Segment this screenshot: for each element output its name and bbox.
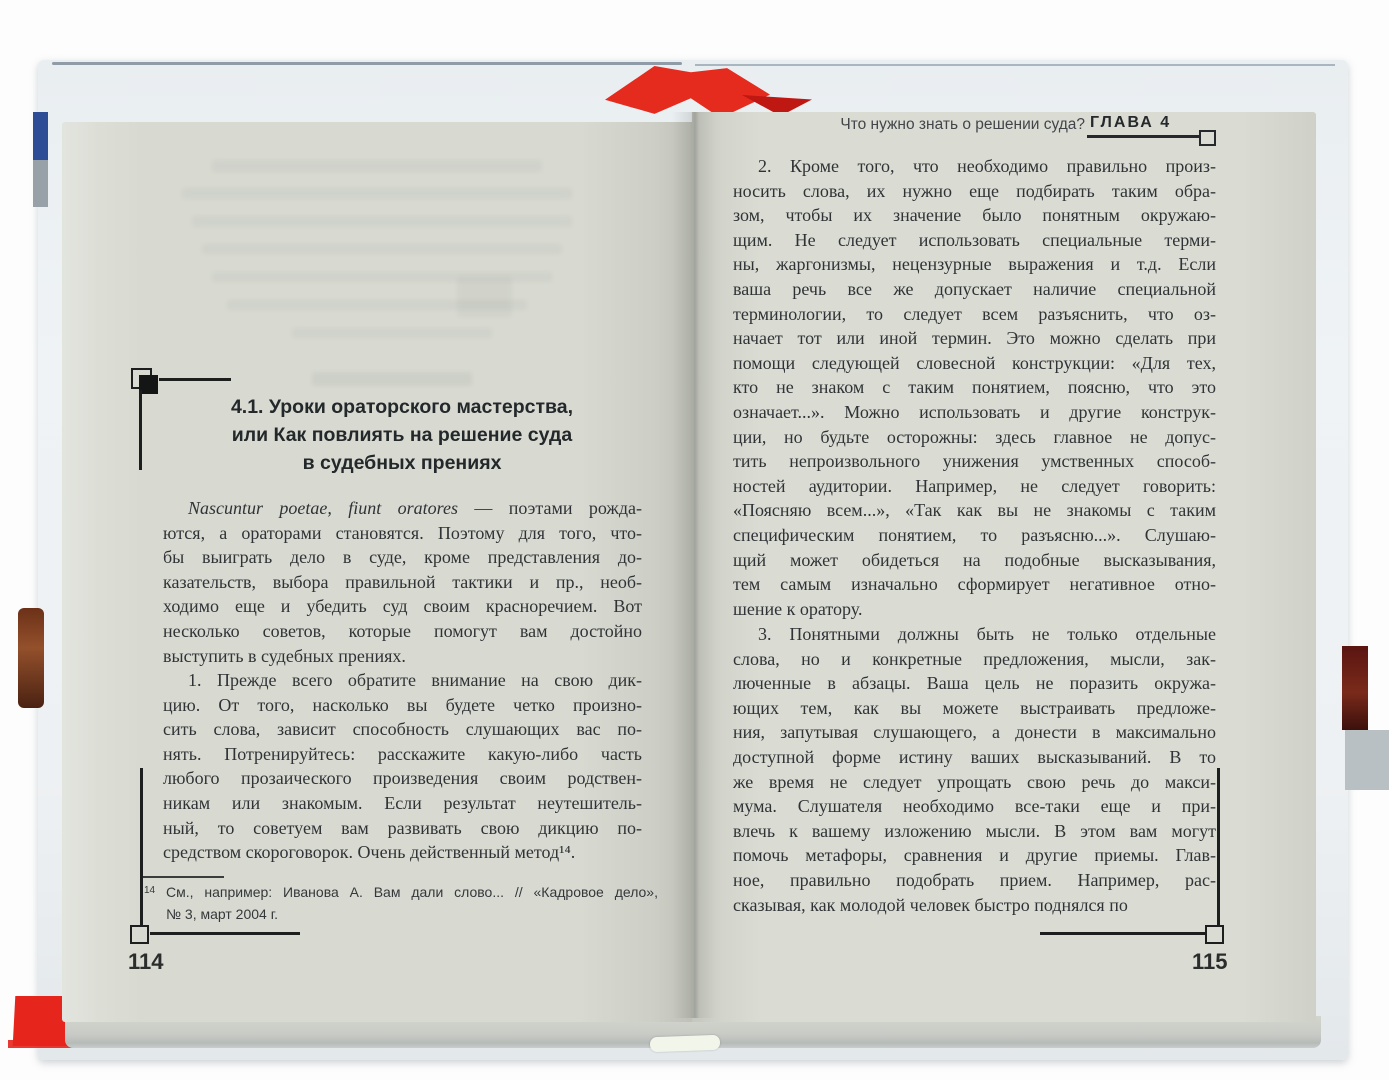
text-line: мума. Слушателя необходимо все-таки еще … [733, 794, 1216, 819]
section-heading: 4.1. Уроки ораторского мастерства,или Ка… [157, 393, 647, 477]
corner-ornament-open-square [1205, 925, 1224, 944]
text-line: люченные в абзацы. Ваша цель не поразить… [733, 671, 1216, 696]
text-line: средством скороговорок. Очень действенны… [163, 840, 642, 865]
text-line: ное, правильно подобрать прием. Например… [733, 868, 1216, 893]
text-line: тить непроизвольного унижения умственных… [733, 449, 1216, 474]
corner-ornament-hline [159, 378, 231, 381]
text-line: цию. От того, насколько вы будете четко … [163, 693, 642, 718]
cover-top-rim-left [52, 62, 682, 65]
text-line: См., например: Иванова А. Вам дали слово… [166, 882, 658, 904]
text-line: кто не знаком с таким понятием, поясню, … [733, 375, 1216, 400]
text-line: ции, но будьте осторожны: здесь главное … [733, 425, 1216, 450]
corner-ornament-hline [1040, 932, 1205, 935]
show-through-smudge [457, 277, 512, 317]
background-object-right-gray [1345, 730, 1389, 790]
chapter-corner-square [1199, 130, 1216, 146]
running-header-title: Что нужно знать о решении суда? [840, 116, 1085, 134]
text-line: никам или знакомым. Если результат неуте… [163, 791, 642, 816]
paragraph: 2. Кроме того, что необходимо правильно … [733, 154, 1216, 621]
text-line: Nascuntur poetae, fiunt oratores — поэта… [163, 496, 642, 521]
text-line: щим. Не следует использовать специальные… [733, 228, 1216, 253]
text-line: сить слова, зависит способность слушающи… [163, 717, 642, 742]
book-photo: 4.1. Уроки ораторского мастерства,или Ка… [0, 0, 1389, 1080]
corner-ornament-open-square [130, 925, 149, 944]
chapter-label: ГЛАВА 4 [1090, 114, 1171, 132]
text-line: слова, но и конкретные предложения, мысл… [733, 647, 1216, 672]
page-number-right: 115 [1192, 949, 1228, 975]
text-line: доступной форме истину ваших высказывани… [733, 745, 1216, 770]
text-line: ются, а ораторами становятся. Поэтому дл… [163, 521, 642, 546]
text-line: помощи следующей словесной конструкции: … [733, 351, 1216, 376]
text-line: выступить в судебных прениях. [163, 644, 642, 669]
text-line: тем самым изначально сформирует негативн… [733, 572, 1216, 597]
text-line: специфическим понятием, то разъясню...».… [733, 523, 1216, 548]
corner-ornament-vline [139, 390, 142, 470]
text-line: носить слова, их нужно еще подбирать так… [733, 179, 1216, 204]
spine-sticker [650, 1035, 720, 1052]
show-through-smudge [182, 188, 572, 199]
text-line: № 3, март 2004 г. [166, 904, 658, 926]
text-line: терминологии, то следует всем разъяснить… [733, 302, 1216, 327]
text-line: казательств, выбора правильной тактики и… [163, 570, 642, 595]
show-through-smudge [192, 216, 572, 227]
footnote: 14 См., например: Иванова А. Вам дали сл… [142, 882, 658, 925]
paragraph: Nascuntur poetae, fiunt oratores — поэта… [163, 496, 642, 668]
text-line: бы выиграть дело в суде, кроме представл… [163, 545, 642, 570]
text-line: 3. Понятными должны быть не только отдел… [733, 622, 1216, 647]
text-line: сказывая, как молодой человек быстро под… [733, 893, 1216, 918]
text-line: любого прозаического произведения своим … [163, 766, 642, 791]
text-line: ный, то советуем вам развивать свою дикц… [163, 816, 642, 841]
right-page: Что нужно знать о решении суда? ГЛАВА 4 … [692, 112, 1316, 1022]
text-line: несколько советов, которые помогут вам д… [163, 619, 642, 644]
footnote-text: См., например: Иванова А. Вам дали слово… [166, 882, 658, 925]
text-line: щий может обидеться на подобные высказыв… [733, 548, 1216, 573]
text-line: ны, жаргонизмы, нецензурные выражения и … [733, 252, 1216, 277]
left-page: 4.1. Уроки ораторского мастерства,или Ка… [62, 122, 692, 1022]
chapter-underline [1087, 135, 1200, 138]
show-through-smudge [292, 328, 492, 338]
page-number-left: 114 [128, 949, 164, 975]
text-line: ния, запутывая слушающего, а донести в м… [733, 720, 1216, 745]
text-line: зом, чтобы их значение было понятным окр… [733, 203, 1216, 228]
corner-ornament-vline [1217, 768, 1220, 925]
text-line: 2. Кроме того, что необходимо правильно … [733, 154, 1216, 179]
text-line: нять. Потренируйтесь: расскажите какую-л… [163, 742, 642, 767]
text-line: означает...». Можно использовать и други… [733, 400, 1216, 425]
paragraph: 1. Прежде всего обратите внимание на сво… [163, 668, 642, 865]
text-line: влечь к вашему изложению мысли. В этом в… [733, 819, 1216, 844]
text-line: или Как повлиять на решение суда [157, 421, 647, 449]
cover-top-rim-right [695, 64, 1335, 66]
text-line: 4.1. Уроки ораторского мастерства, [157, 393, 647, 421]
text-line: «Поясняю всем...», «Так как вы не знаком… [733, 498, 1216, 523]
paragraph: 3. Понятными должны быть не только отдел… [733, 622, 1216, 917]
text-line: ваша речь все же допускает наличие специ… [733, 277, 1216, 302]
text-line: помочь метафоры, сравнения и другие прие… [733, 843, 1216, 868]
text-line: ющих тем, как вы можете выстраивать пред… [733, 696, 1216, 721]
text-line: ходимо еще и убедить суд своим краснореч… [163, 594, 642, 619]
show-through-smudge [202, 244, 562, 254]
cover-gray-stripe [33, 160, 48, 207]
background-object-left [18, 608, 44, 708]
cover-blue-stripe [33, 112, 48, 160]
text-line: в судебных прениях [157, 449, 647, 477]
text-line: ностей аудитории. Например, не следует г… [733, 474, 1216, 499]
text-line: шение к оратору. [733, 597, 1216, 622]
show-through-smudge [312, 372, 472, 386]
text-line: 1. Прежде всего обратите внимание на сво… [163, 668, 642, 693]
footnote-separator [142, 876, 224, 878]
corner-ornament-hline [150, 932, 300, 935]
text-line: же время не следует упрощать свою речь д… [733, 770, 1216, 795]
footnote-marker: 14 [144, 880, 155, 902]
corner-ornament-vline [140, 768, 143, 925]
show-through-smudge [212, 160, 542, 172]
text-line: начает тот или иной термин. Это можно сд… [733, 326, 1216, 351]
background-object-right [1342, 646, 1368, 730]
